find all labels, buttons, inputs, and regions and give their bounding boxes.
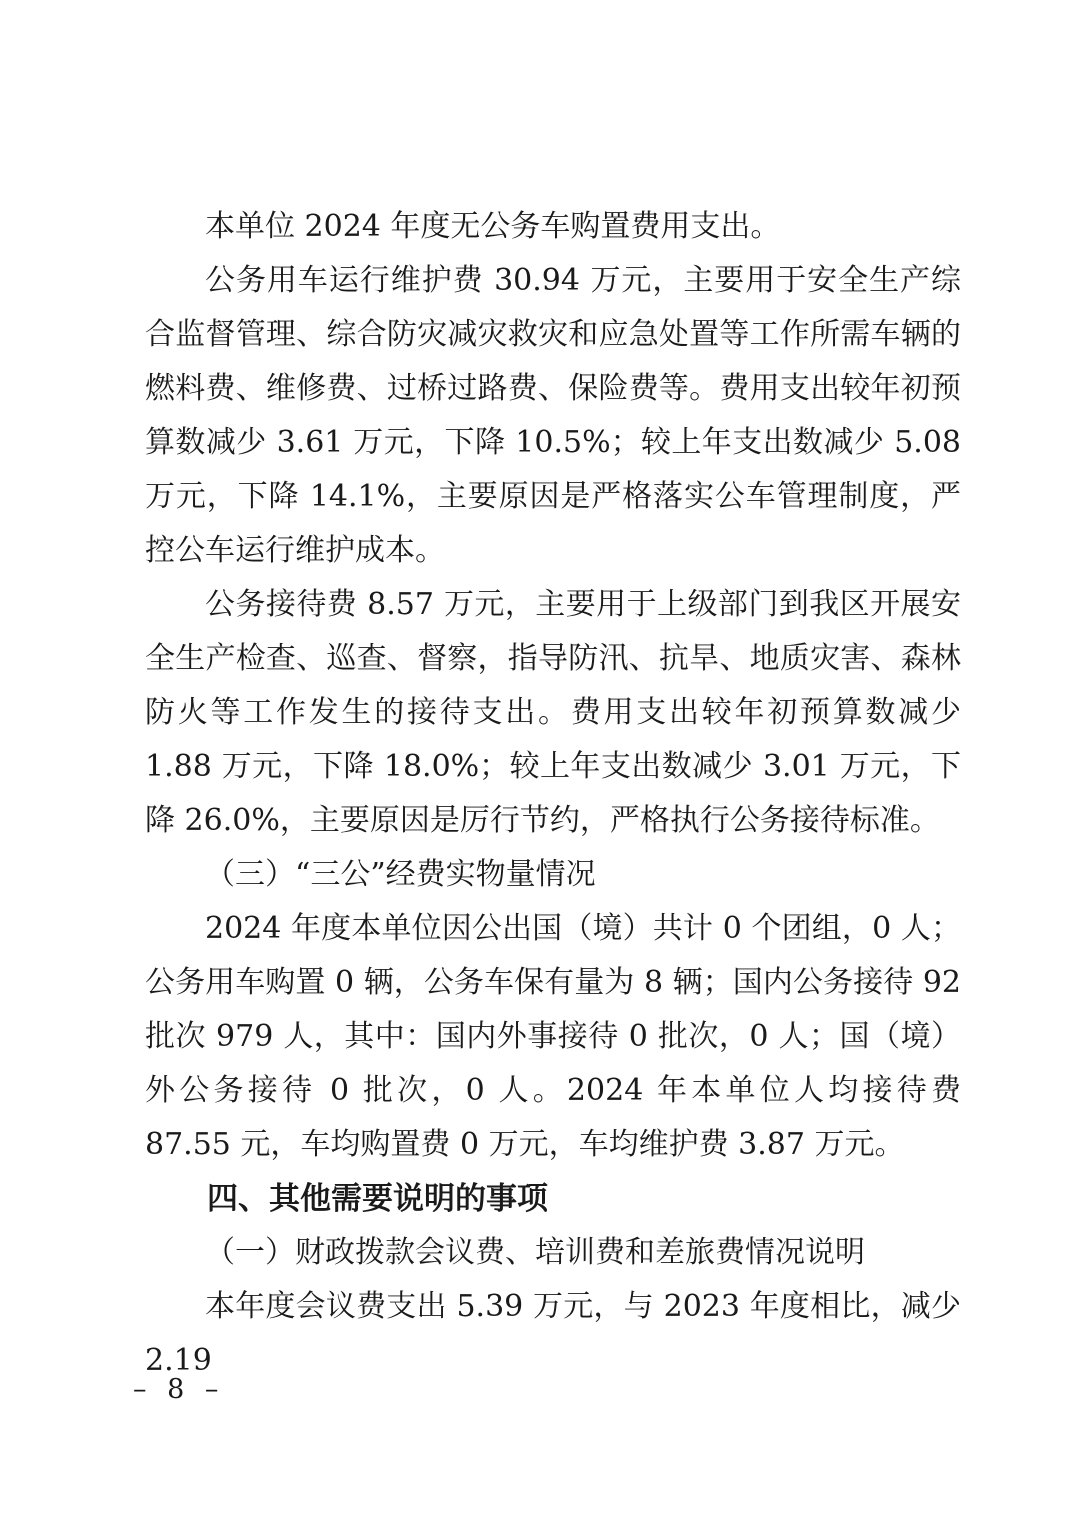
subheading-meeting-training-travel-fees: （一）财政拨款会议费、培训费和差旅费情况说明 — [145, 1226, 961, 1280]
heading-other-matters: 四、其他需要说明的事项 — [145, 1172, 961, 1226]
paragraph-no-car-purchase: 本单位 2024 年度无公务车购置费用支出。 — [145, 200, 961, 254]
page-number: – 8 – — [133, 1374, 224, 1405]
subheading-three-public-expenses-physical-quantity: （三）“三公”经费实物量情况 — [145, 848, 961, 902]
paragraph-meeting-fee: 本年度会议费支出 5.39 万元，与 2023 年度相比，减少 2.19 — [145, 1280, 961, 1388]
paragraph-vehicle-maintenance-fee: 公务用车运行维护费 30.94 万元，主要用于安全生产综合监督管理、综合防灾减灾… — [145, 254, 961, 578]
paragraph-physical-quantity-details: 2024 年度本单位因公出国（境）共计 0 个团组，0 人；公务用车购置 0 辆… — [145, 902, 961, 1172]
document-body: 本单位 2024 年度无公务车购置费用支出。 公务用车运行维护费 30.94 万… — [145, 200, 961, 1388]
page-footer: – 8 – — [133, 1372, 224, 1408]
document-page: 本单位 2024 年度无公务车购置费用支出。 公务用车运行维护费 30.94 万… — [0, 0, 1074, 1520]
paragraph-official-reception-fee: 公务接待费 8.57 万元，主要用于上级部门到我区开展安全生产检查、巡查、督察，… — [145, 578, 961, 848]
